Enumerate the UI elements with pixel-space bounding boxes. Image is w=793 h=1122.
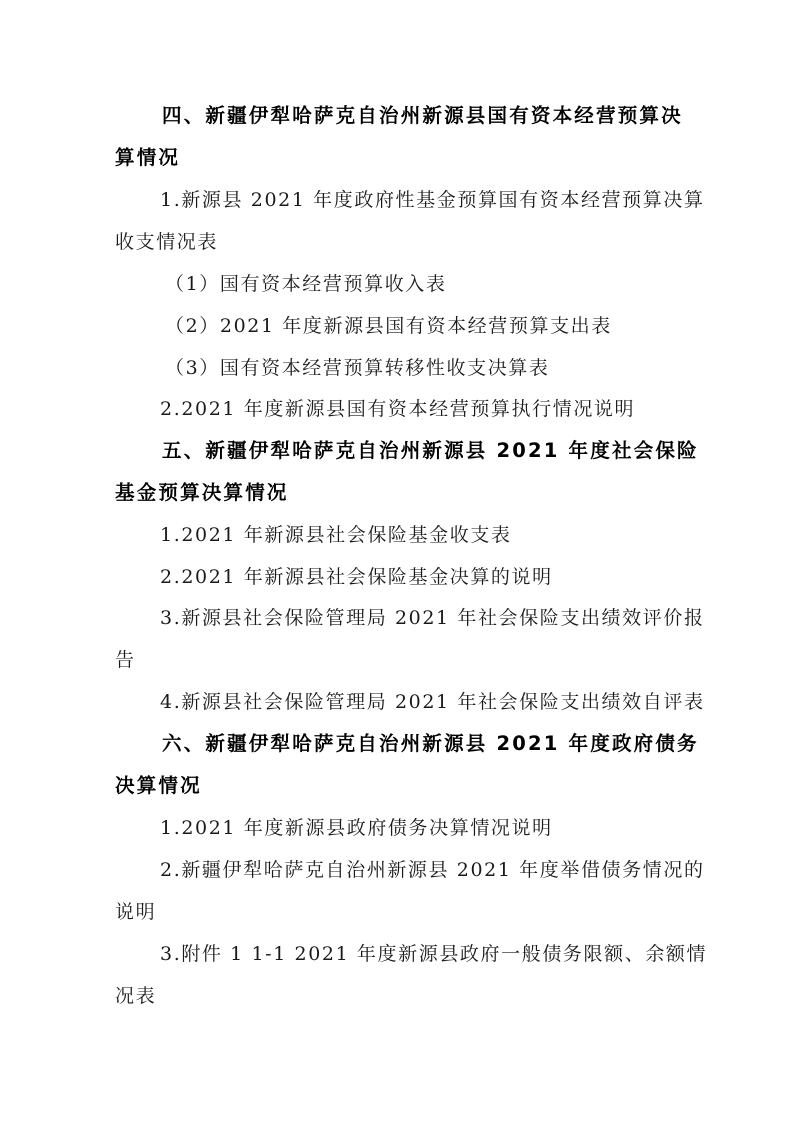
section-4-heading: 四、新疆伊犁哈萨克自治州新源县国有资本经营预算决 [162, 104, 683, 128]
list-item: 1.2021 年度新源县政府债务决算情况说明 [160, 816, 553, 840]
list-item-cont: 告 [115, 648, 136, 672]
section-6-heading-cont: 决算情况 [115, 774, 202, 798]
list-item: （2）2021 年度新源县国有资本经营预算支出表 [165, 314, 612, 338]
list-item: 2.2021 年度新源县国有资本经营预算执行情况说明 [160, 397, 635, 421]
list-item: 2.2021 年新源县社会保险基金决算的说明 [160, 565, 553, 589]
list-item: （3）国有资本经营预算转移性收支决算表 [165, 356, 550, 380]
list-item: 1.新源县 2021 年度政府性基金预算国有资本经营预算决算 [160, 188, 705, 212]
list-item: 2.新疆伊犁哈萨克自治州新源县 2021 年度举借债务情况的 [160, 858, 705, 882]
section-4-heading-cont: 算情况 [115, 146, 180, 170]
list-item: 3.新源县社会保险管理局 2021 年社会保险支出绩效评价报 [160, 606, 705, 630]
section-5-heading: 五、新疆伊犁哈萨克自治州新源县 2021 年度社会保险 [162, 439, 699, 463]
list-item-cont: 况表 [115, 984, 156, 1008]
list-item: （1）国有资本经营预算收入表 [165, 272, 447, 296]
list-item-cont: 收支情况表 [115, 230, 218, 254]
section-5-heading-cont: 基金预算决算情况 [115, 481, 289, 505]
list-item: 4.新源县社会保险管理局 2021 年社会保险支出绩效自评表 [160, 690, 705, 714]
list-item: 3.附件 1 1-1 2021 年度新源县政府一般债务限额、余额情 [160, 942, 707, 966]
section-6-heading: 六、新疆伊犁哈萨克自治州新源县 2021 年度政府债务 [162, 732, 699, 756]
list-item: 1.2021 年新源县社会保险基金收支表 [160, 523, 512, 547]
list-item-cont: 说明 [115, 900, 156, 924]
